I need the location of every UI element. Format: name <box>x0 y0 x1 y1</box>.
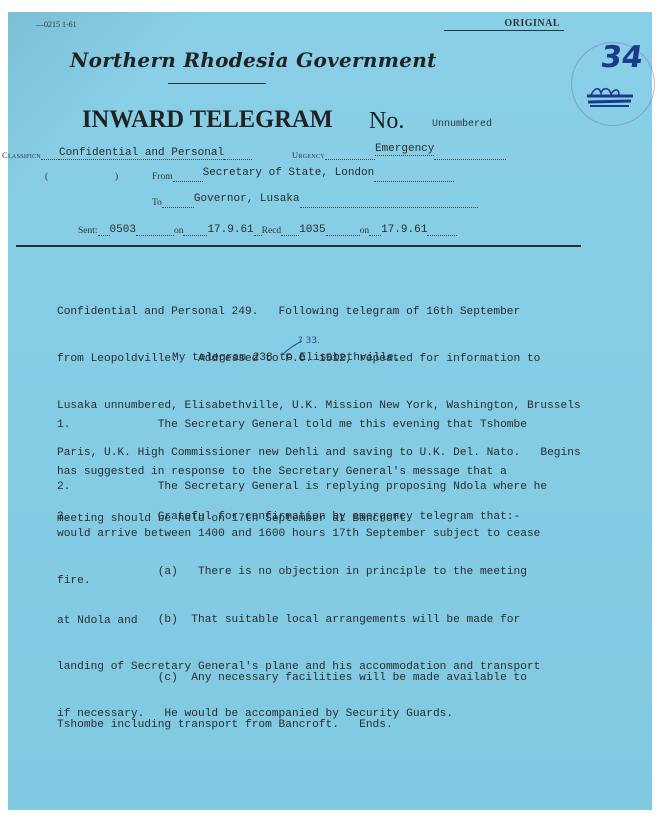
from-value: Secretary of State, London <box>203 167 375 179</box>
stamp-number: 34 <box>599 40 646 75</box>
text-line: Tshombe including transport from Bancrof… <box>57 718 657 734</box>
received-label: Recd <box>262 226 282 236</box>
to-row: To Governor, Lusaka <box>152 196 478 208</box>
text-line: Confidential and Personal 249. Following… <box>57 305 657 321</box>
to-value: Governor, Lusaka <box>194 193 300 205</box>
telegram-sheet: —0215 1-61 ORIGINAL Northern Rhodesia Go… <box>8 12 652 810</box>
number-label: No. <box>369 108 404 135</box>
government-heading: Northern Rhodesia Government <box>70 48 437 72</box>
crossed-out-number-icon <box>585 87 635 109</box>
sent-date: 17.9.61 <box>207 224 253 236</box>
heading-rule <box>168 83 266 84</box>
classification-value: Confidential and Personal <box>59 147 224 160</box>
sent-received-row: Sent: 0503 on 17.9.61 Recd 1035 on 17.9.… <box>78 224 457 236</box>
reference-line: My telegram 238 to Elisabethville. <box>172 351 664 367</box>
text-line: (b) That suitable local arrangements wil… <box>57 613 657 629</box>
text-line: 2. The Secretary General is replying pro… <box>57 480 657 496</box>
received-date: 17.9.61 <box>381 224 427 236</box>
header-divider <box>16 245 581 247</box>
item-c: (c) Any necessary facilities will be mad… <box>57 640 657 765</box>
page-title: INWARD TELEGRAM <box>82 106 333 134</box>
paren-close: ) <box>115 172 118 182</box>
paragraph-3: 3. Grateful for confirmation by emergenc… <box>57 510 657 526</box>
text-line: 1. The Secretary General told me this ev… <box>57 418 657 434</box>
from-row: From Secretary of State, London <box>152 170 454 182</box>
paren-open: ( <box>45 172 48 182</box>
classification-label: Classificn <box>2 150 41 160</box>
urgency-label: Urgency <box>292 150 325 160</box>
received-on-label: on <box>360 226 370 236</box>
urgency-value: Emergency <box>375 143 434 156</box>
sent-on-label: on <box>174 226 184 236</box>
sent-label: Sent: <box>78 226 98 236</box>
to-label: To <box>152 198 162 208</box>
telegram-number: Unnumbered <box>432 119 492 130</box>
copy-label: ORIGINAL <box>444 18 564 31</box>
sent-time: 0503 <box>110 224 136 236</box>
form-reference: —0215 1-61 <box>36 20 77 29</box>
text-line: (a) There is no objection in principle t… <box>57 565 657 581</box>
classification-row: Classificn Confidential and Personal Urg… <box>2 147 506 160</box>
text-line: (c) Any necessary facilities will be mad… <box>57 671 657 687</box>
from-label: From <box>152 172 173 182</box>
received-time: 1035 <box>299 224 325 236</box>
